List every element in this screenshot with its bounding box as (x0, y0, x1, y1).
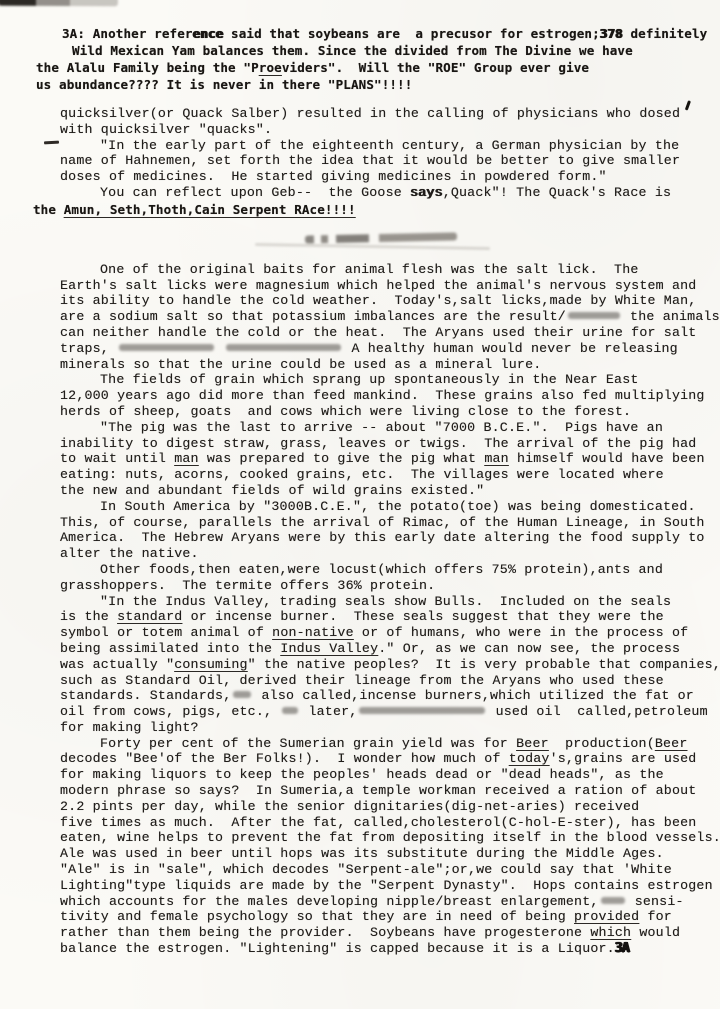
text-segment: 's,grains are used (550, 751, 697, 766)
text-segment: doses of medicines. He started giving me… (60, 169, 607, 184)
text-segment: Earth's salt licks were magnesium which … (60, 278, 696, 293)
text-segment: for (639, 909, 672, 924)
ink-smudge (568, 312, 620, 319)
text-segment: would (631, 925, 680, 940)
text-segment: ." Or, as we can now see, the process (378, 641, 680, 656)
text-line: Lighting"type liquids are made by the "S… (60, 878, 718, 894)
text-line: Earth's salt licks were magnesium which … (60, 278, 718, 294)
text-line: 2.2 pints per day, while the senior dign… (60, 799, 718, 815)
underlined-text: standard (117, 609, 182, 624)
text-segment: You can reflect upon Geb-- the Goose (100, 185, 410, 200)
text-line: the Amun, Seth,Thoth,Cain Serpent RAce!!… (33, 201, 718, 218)
underlined-text: consuming (174, 657, 247, 672)
paragraph-grain-fields: The fields of grain which sprang up spon… (60, 372, 718, 419)
text-line: us abundance???? It is never in there "P… (36, 76, 718, 93)
text-line: 3A: Another reference said that soybeans… (36, 25, 718, 42)
ink-smudge (601, 897, 625, 904)
overtyped-text: ence (193, 26, 224, 41)
paragraph-other-foods: Other foods,then eaten,were locust(which… (60, 562, 718, 594)
text-segment: for making light? (60, 720, 199, 735)
text-line: which accounts for the males developing … (60, 894, 718, 910)
paragraph-south-america: In South America by "3000B.C.E.", the po… (60, 499, 718, 562)
text-line: Ale was used in beer until hops was its … (60, 846, 718, 862)
text-line: rather than them being the provider. Soy… (60, 925, 718, 941)
text-segment: or of humans, who were in the process of (354, 625, 689, 640)
text-segment: "In the early part of the eighteenth cen… (100, 138, 679, 153)
header-note: 3A: Another reference said that soybeans… (36, 25, 718, 93)
text-line: oil from cows, pigs, etc., later, used o… (60, 704, 718, 720)
ink-smudge (119, 344, 214, 351)
text-segment: being assimilated into the (60, 641, 280, 656)
text-line: balance the estrogen. "Lightening" is ca… (60, 941, 718, 957)
text-segment: the (33, 202, 64, 217)
text-line: are a sodium salt so that potassium imba… (60, 309, 718, 325)
text-segment: the Alalu Family being the "P (36, 60, 259, 75)
text-line: its ability to handle the cold weather. … (60, 293, 718, 309)
text-segment: Ale was used in beer until hops was its … (60, 846, 664, 861)
text-line: alter the native. (60, 546, 718, 562)
paragraph-indus-valley: "In the Indus Valley, trading seals show… (60, 594, 718, 736)
ink-smudge (359, 707, 485, 714)
text-line: You can reflect upon Geb-- the Goose say… (60, 185, 718, 201)
text-segment: In South America by "3000B.C.E.", the po… (100, 499, 696, 514)
text-segment: which accounts for the males developing … (60, 894, 599, 909)
text-line: Forty per cent of the Sumerian grain yie… (60, 736, 718, 752)
text-line: quicksilver(or Quack Salber) resulted in… (60, 106, 718, 122)
text-segment: traps, (60, 341, 117, 356)
text-segment: such as Standard Oil, derived their line… (60, 673, 664, 688)
text-line: grasshoppers. The termite offers 36% pro… (60, 578, 718, 594)
text-line: was actually "consuming" the native peop… (60, 657, 718, 673)
text-line: the new and abundant fields of wild grai… (60, 483, 718, 499)
underlined-text: non-native (272, 625, 354, 640)
stamp-mark: 3A (615, 941, 629, 956)
text-segment: The fields of grain which sprang up spon… (100, 372, 639, 387)
text-segment: Wild Mexican Yam balances them. Since th… (72, 43, 633, 58)
text-line: doses of medicines. He started giving me… (60, 169, 718, 185)
text-segment: "In the Indus Valley, trading seals show… (100, 594, 671, 609)
text-segment: herds of sheep, goats and cows which wer… (60, 404, 631, 419)
text-segment: with quicksilver "quacks". (60, 122, 272, 137)
overtyped-text: says (410, 185, 443, 200)
text-segment: the animals (622, 309, 720, 324)
typed-text-column: 3A: Another reference said that soybeans… (60, 25, 718, 957)
text-segment: definitely (623, 26, 708, 41)
text-line: with quicksilver "quacks". (60, 122, 718, 138)
text-line: herds of sheep, goats and cows which wer… (60, 404, 718, 420)
text-segment: also called,incense burners,which utiliz… (253, 688, 694, 703)
underlined-text: Beer (516, 736, 549, 751)
text-line: Wild Mexican Yam balances them. Since th… (36, 42, 718, 59)
text-segment: for making liquors to keep the peoples' … (60, 767, 664, 782)
text-segment: quicksilver(or Quack Salber) resulted in… (60, 106, 680, 121)
text-segment: eaten, wine helps to prevent the fat fro… (60, 830, 720, 845)
text-line: modern phrase so says? In Sumeria,a temp… (60, 783, 718, 799)
text-line: eating: nuts, acorns, cooked grains, etc… (60, 467, 718, 483)
ink-smudge (226, 344, 341, 351)
text-segment: or incense burner. These seals suggest t… (182, 609, 663, 624)
text-line: to wait until man was prepared to give t… (60, 451, 718, 467)
text-segment: viders". Will the "ROE" Group ever give (282, 60, 589, 75)
text-segment: 2.2 pints per day, while the senior dign… (60, 799, 639, 814)
text-line: "In the Indus Valley, trading seals show… (60, 594, 718, 610)
pen-tick-mark (685, 100, 691, 110)
underlined-text: roe (259, 60, 282, 75)
underlined-text: man (484, 451, 508, 466)
text-segment: Forty per cent of the Sumerian grain yie… (100, 736, 516, 751)
text-line: such as Standard Oil, derived their line… (60, 673, 718, 689)
text-line: standards. Standards, also called,incens… (60, 688, 718, 704)
text-segment: can neither handle the cold or the heat.… (60, 325, 696, 340)
scan-smear-top-left (0, 0, 118, 6)
ink-smudge (233, 691, 251, 698)
text-segment: 12,000 years ago did more than feed mank… (60, 388, 705, 403)
underlined-text: today (509, 751, 550, 766)
text-segment: One of the original baits for animal fle… (100, 262, 639, 277)
text-line: This, of course, parallels the arrival o… (60, 515, 718, 531)
text-segment: "Ale" is in "sale", which decodes "Serpe… (60, 862, 672, 877)
paragraph-salt-lick: One of the original baits for animal fle… (60, 262, 718, 373)
text-line: eaten, wine helps to prevent the fat fro… (60, 830, 718, 846)
text-segment: himself would have been (509, 451, 705, 466)
ink-scribble-separator (60, 218, 718, 262)
text-line: traps, A healthy human would never be re… (60, 341, 718, 357)
text-line: the Alalu Family being the "Proeviders".… (36, 59, 718, 76)
text-segment: used oil called,petroleum (487, 704, 707, 719)
text-segment: production( (549, 736, 655, 751)
text-segment: to wait until (60, 451, 174, 466)
underlined-text: Amun, Seth,Thoth,Cain Serpent RAce!!!! (64, 202, 356, 217)
text-line: being assimilated into the Indus Valley.… (60, 641, 718, 657)
text-line: can neither handle the cold or the heat.… (60, 325, 718, 341)
paragraph-quicksilver: quicksilver(or Quack Salber) resulted in… (60, 106, 718, 138)
text-segment: modern phrase so says? In Sumeria,a temp… (60, 783, 696, 798)
text-segment: was actually " (60, 657, 174, 672)
text-line: One of the original baits for animal fle… (60, 262, 718, 278)
text-line: "Ale" is in "sale", which decodes "Serpe… (60, 862, 718, 878)
text-segment: said that soybeans are a precusor for es… (223, 26, 599, 41)
text-line: Other foods,then eaten,were locust(which… (60, 562, 718, 578)
text-segment: inability to digest straw, grass, leaves… (60, 436, 696, 451)
text-segment: minerals so that the urine could be used… (60, 357, 541, 372)
text-segment: its ability to handle the cold weather. … (60, 293, 696, 308)
text-segment: ,Quack"! The Quack's Race is (443, 185, 671, 200)
text-segment: " the native peoples? It is very probabl… (248, 657, 720, 672)
text-segment: symbol or totem animal of (60, 625, 272, 640)
ink-smudge (282, 707, 298, 714)
paragraph-hahnemen: "In the early part of the eighteenth cen… (60, 138, 718, 185)
underlined-text: provided (574, 909, 639, 924)
underlined-text: man (174, 451, 198, 466)
text-line: America. The Hebrew Aryans were by this … (60, 530, 718, 546)
text-line: "The pig was the last to arrive -- about… (60, 420, 718, 436)
underlined-text: Beer (655, 736, 688, 751)
text-segment: balance the estrogen. "Lightening" is ca… (60, 941, 615, 956)
text-segment (216, 341, 224, 356)
underlined-text: which (590, 925, 631, 940)
text-segment: A healthy human would never be releasing (343, 341, 678, 356)
text-segment: 3A: Another refer (62, 26, 193, 41)
text-segment: sensi- (627, 894, 684, 909)
text-segment: alter the native. (60, 546, 199, 561)
text-segment: later, (300, 704, 357, 719)
text-segment: Other foods,then eaten,were locust(which… (100, 562, 663, 577)
text-line: 12,000 years ago did more than feed mank… (60, 388, 718, 404)
text-segment: This, of course, parallels the arrival o… (60, 515, 705, 530)
scanned-document-page: 3A: Another reference said that soybeans… (0, 0, 720, 1009)
text-segment: the new and abundant fields of wild grai… (60, 483, 484, 498)
text-segment: five times as much. After the fat, calle… (60, 815, 696, 830)
text-line: tivity and female psychology so that the… (60, 909, 718, 925)
text-segment: decodes "Bee'of the Ber Folks!). I wonde… (60, 751, 509, 766)
paragraph-pig: "The pig was the last to arrive -- about… (60, 420, 718, 499)
text-line: for making light? (60, 720, 718, 736)
text-line: name of Hahnemen, set forth the idea tha… (60, 153, 718, 169)
overtyped-text: 378 (600, 26, 623, 41)
text-line: is the standard or incense burner. These… (60, 609, 718, 625)
text-line: five times as much. After the fat, calle… (60, 815, 718, 831)
text-segment: America. The Hebrew Aryans were by this … (60, 530, 705, 545)
text-segment: name of Hahnemen, set forth the idea tha… (60, 153, 680, 168)
text-segment: tivity and female psychology so that the… (60, 909, 574, 924)
text-segment: us abundance???? It is never in there "P… (36, 77, 412, 92)
paragraph-sumerian-beer: Forty per cent of the Sumerian grain yie… (60, 736, 718, 957)
text-segment: grasshoppers. The termite offers 36% pro… (60, 578, 435, 593)
text-segment: oil from cows, pigs, etc., (60, 704, 280, 719)
text-line: inability to digest straw, grass, leaves… (60, 436, 718, 452)
text-line: symbol or totem animal of non-native or … (60, 625, 718, 641)
underlined-text: Indus Valley (280, 641, 378, 656)
text-segment: are a sodium salt so that potassium imba… (60, 309, 566, 324)
text-line: minerals so that the urine could be used… (60, 357, 718, 373)
paragraph-quack-race: You can reflect upon Geb-- the Goose say… (60, 185, 718, 218)
text-segment: rather than them being the provider. Soy… (60, 925, 590, 940)
text-segment: Lighting"type liquids are made by the "S… (60, 878, 713, 893)
text-segment: standards. Standards, (60, 688, 231, 703)
text-line: decodes "Bee'of the Ber Folks!). I wonde… (60, 751, 718, 767)
text-segment: was prepared to give the pig what (199, 451, 485, 466)
text-line: "In the early part of the eighteenth cen… (60, 138, 718, 154)
text-segment: eating: nuts, acorns, cooked grains, etc… (60, 467, 664, 482)
text-line: In South America by "3000B.C.E.", the po… (60, 499, 718, 515)
text-segment: "The pig was the last to arrive -- about… (100, 420, 663, 435)
text-segment: is the (60, 609, 117, 624)
text-line: for making liquors to keep the peoples' … (60, 767, 718, 783)
text-line: The fields of grain which sprang up spon… (60, 372, 718, 388)
margin-pen-dash (44, 141, 59, 144)
